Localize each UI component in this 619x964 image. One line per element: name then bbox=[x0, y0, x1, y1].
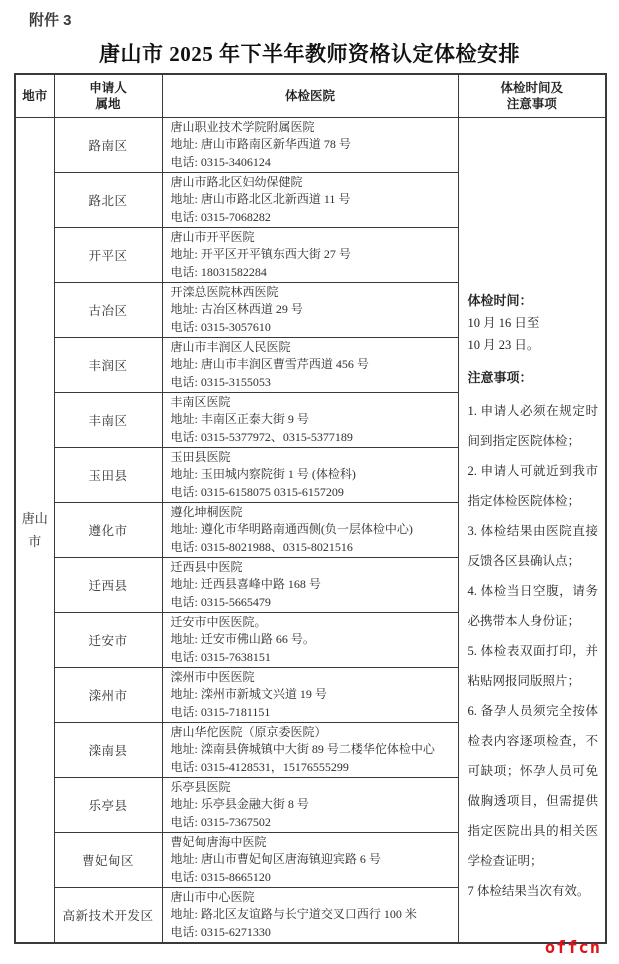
district-cell: 丰南区 bbox=[54, 393, 162, 448]
notes-cell: 体检时间： 10 月 16 日至 10 月 23 日。 注意事项： 1. 申请人… bbox=[458, 118, 606, 944]
header-applicant-area: 申请人 属地 bbox=[54, 74, 162, 118]
header-time-notes: 体检时间及 注意事项 bbox=[458, 74, 606, 118]
note-item: 7 体检结果当次有效。 bbox=[468, 876, 599, 906]
hospital-cell: 唐山市路北区妇幼保健院 地址: 唐山市路北区北新西道 11 号 电话: 0315… bbox=[162, 173, 458, 228]
hospital-rows: 唐山市路南区 唐山职业技术学院附属医院 地址: 唐山市路南区新华西道 78 号 … bbox=[15, 118, 606, 944]
hospital-address: 地址: 唐山市丰润区曹雪芹西道 456 号 bbox=[163, 356, 458, 374]
hospital-cell: 乐亭县医院 地址: 乐亭县金融大街 8 号 电话: 0315-7367502 bbox=[162, 778, 458, 833]
district-cell: 迁安市 bbox=[54, 613, 162, 668]
hospital-phone: 电话: 0315-7367502 bbox=[163, 814, 458, 832]
note-item: 1. 申请人必须在规定时间到指定医院体检； bbox=[468, 396, 599, 456]
attachment-label: 附件 3 bbox=[29, 9, 72, 30]
hospital-address: 地址: 唐山市路南区新华西道 78 号 bbox=[163, 136, 458, 154]
hospital-address: 地址: 滦南县倴城镇中大街 89 号二楼华佗体检中心 bbox=[163, 741, 458, 759]
district-cell: 乐亭县 bbox=[54, 778, 162, 833]
hospital-cell: 唐山职业技术学院附属医院 地址: 唐山市路南区新华西道 78 号 电话: 031… bbox=[162, 118, 458, 173]
hospital-name: 唐山职业技术学院附属医院 bbox=[163, 119, 458, 137]
district-cell: 开平区 bbox=[54, 228, 162, 283]
hospital-address: 地址: 唐山市路北区北新西道 11 号 bbox=[163, 191, 458, 209]
hospital-cell: 开滦总医院林西医院 地址: 古冶区林西道 29 号 电话: 0315-30576… bbox=[162, 283, 458, 338]
hospital-name: 开滦总医院林西医院 bbox=[163, 284, 458, 302]
hospital-phone: 电话: 0315-8021988、0315-8021516 bbox=[163, 539, 458, 557]
hospital-address: 地址: 丰南区正泰大街 9 号 bbox=[163, 411, 458, 429]
hospital-name: 唐山市中心医院 bbox=[163, 889, 458, 907]
document-page: 附件 3 唐山市 2025 年下半年教师资格认定体检安排 地市 申请人 属地 体… bbox=[0, 0, 619, 964]
notes-content: 体检时间： 10 月 16 日至 10 月 23 日。 注意事项： 1. 申请人… bbox=[459, 154, 606, 906]
hospital-name: 滦州市中医医院 bbox=[163, 669, 458, 687]
city-cell: 唐山市 bbox=[15, 118, 54, 944]
hospital-name: 唐山市开平医院 bbox=[163, 229, 458, 247]
hospital-cell: 唐山华佗医院（原京委医院） 地址: 滦南县倴城镇中大街 89 号二楼华佗体检中心… bbox=[162, 723, 458, 778]
district-cell: 遵化市 bbox=[54, 503, 162, 558]
district-cell: 高新技术开发区 bbox=[54, 888, 162, 944]
hospital-name: 迁安市中医医院。 bbox=[163, 614, 458, 632]
hospital-name: 唐山华佗医院（原京委医院） bbox=[163, 724, 458, 742]
district-cell: 玉田县 bbox=[54, 448, 162, 503]
hospital-address: 地址: 滦州市新城文兴道 19 号 bbox=[163, 686, 458, 704]
hospital-name: 唐山市丰润区人民医院 bbox=[163, 339, 458, 357]
hospital-cell: 唐山市开平医院 地址: 开平区开平镇东西大街 27 号 电话: 18031582… bbox=[162, 228, 458, 283]
exam-time-line: 10 月 16 日至 bbox=[468, 312, 599, 334]
hospital-cell: 滦州市中医医院 地址: 滦州市新城文兴道 19 号 电话: 0315-71811… bbox=[162, 668, 458, 723]
hospital-address: 地址: 古冶区林西道 29 号 bbox=[163, 301, 458, 319]
hospital-name: 丰南区医院 bbox=[163, 394, 458, 412]
hospital-phone: 电话: 0315-3057610 bbox=[163, 319, 458, 337]
table-header-row: 地市 申请人 属地 体检医院 体检时间及 注意事项 bbox=[15, 74, 606, 118]
exam-time-line: 10 月 23 日。 bbox=[468, 334, 599, 356]
hospital-name: 玉田县医院 bbox=[163, 449, 458, 467]
district-cell: 曹妃甸区 bbox=[54, 833, 162, 888]
hospital-cell: 遵化坤桐医院 地址: 遵化市华明路南通西侧(负一层体检中心) 电话: 0315-… bbox=[162, 503, 458, 558]
district-cell: 路南区 bbox=[54, 118, 162, 173]
hospital-address: 地址: 遵化市华明路南通西侧(负一层体检中心) bbox=[163, 521, 458, 539]
hospital-phone: 电话: 18031582284 bbox=[163, 264, 458, 282]
hospital-phone: 电话: 0315-7068282 bbox=[163, 209, 458, 227]
district-cell: 迁西县 bbox=[54, 558, 162, 613]
hospital-phone: 电话: 0315-6271330 bbox=[163, 924, 458, 942]
hospital-cell: 唐山市丰润区人民医院 地址: 唐山市丰润区曹雪芹西道 456 号 电话: 031… bbox=[162, 338, 458, 393]
hospital-address: 地址: 迁西县喜峰中路 168 号 bbox=[163, 576, 458, 594]
page-title: 唐山市 2025 年下半年教师资格认定体检安排 bbox=[0, 38, 619, 68]
exam-schedule-table: 地市 申请人 属地 体检医院 体检时间及 注意事项 唐山市路南区 唐山职业技术学… bbox=[14, 73, 607, 944]
hospital-address: 地址: 路北区友谊路与长宁道交叉口西行 100 米 bbox=[163, 906, 458, 924]
hospital-phone: 电话: 0315-5665479 bbox=[163, 594, 458, 612]
note-item: 4. 体检当日空腹，请务必携带本人身份证； bbox=[468, 576, 599, 636]
hospital-phone: 电话: 0315-7638151 bbox=[163, 649, 458, 667]
district-cell: 滦州市 bbox=[54, 668, 162, 723]
offcn-logo: offcn bbox=[545, 938, 601, 958]
header-hospital: 体检医院 bbox=[162, 74, 458, 118]
district-cell: 路北区 bbox=[54, 173, 162, 228]
hospital-name: 迁西县中医院 bbox=[163, 559, 458, 577]
hospital-phone: 电话: 0315-8665120 bbox=[163, 869, 458, 887]
exam-time-title: 体检时间： bbox=[468, 290, 599, 312]
hospital-phone: 电话: 0315-4128531，15176555299 bbox=[163, 759, 458, 777]
hospital-cell: 玉田县医院 地址: 玉田城内察院街 1 号 (体检科) 电话: 0315-615… bbox=[162, 448, 458, 503]
table-row: 唐山市路南区 唐山职业技术学院附属医院 地址: 唐山市路南区新华西道 78 号 … bbox=[15, 118, 606, 173]
hospital-phone: 电话: 0315-5377972、0315-5377189 bbox=[163, 429, 458, 447]
district-cell: 古冶区 bbox=[54, 283, 162, 338]
hospital-phone: 电话: 0315-3155053 bbox=[163, 374, 458, 392]
hospital-address: 地址: 开平区开平镇东西大街 27 号 bbox=[163, 246, 458, 264]
note-item: 6. 备孕人员须完全按体检表内容逐项检查，不可缺项；怀孕人员可免做胸透项目，但需… bbox=[468, 696, 599, 876]
hospital-name: 唐山市路北区妇幼保健院 bbox=[163, 174, 458, 192]
header-city: 地市 bbox=[15, 74, 54, 118]
hospital-address: 地址: 乐亭县金融大街 8 号 bbox=[163, 796, 458, 814]
district-cell: 滦南县 bbox=[54, 723, 162, 778]
hospital-name: 乐亭县医院 bbox=[163, 779, 458, 797]
note-item: 2. 申请人可就近到我市指定体检医院体检； bbox=[468, 456, 599, 516]
notes-title: 注意事项： bbox=[468, 367, 599, 389]
hospital-phone: 电话: 0315-6158075 0315-6157209 bbox=[163, 484, 458, 502]
district-cell: 丰润区 bbox=[54, 338, 162, 393]
note-item: 5. 体检表双面打印，并粘贴网报同版照片； bbox=[468, 636, 599, 696]
hospital-name: 曹妃甸唐海中医院 bbox=[163, 834, 458, 852]
hospital-address: 地址: 唐山市曹妃甸区唐海镇迎宾路 6 号 bbox=[163, 851, 458, 869]
hospital-name: 遵化坤桐医院 bbox=[163, 504, 458, 522]
hospital-phone: 电话: 0315-7181151 bbox=[163, 704, 458, 722]
hospital-cell: 曹妃甸唐海中医院 地址: 唐山市曹妃甸区唐海镇迎宾路 6 号 电话: 0315-… bbox=[162, 833, 458, 888]
hospital-address: 地址: 玉田城内察院街 1 号 (体检科) bbox=[163, 466, 458, 484]
hospital-cell: 唐山市中心医院 地址: 路北区友谊路与长宁道交叉口西行 100 米 电话: 03… bbox=[162, 888, 458, 944]
hospital-cell: 迁安市中医医院。 地址: 迁安市佛山路 66 号。 电话: 0315-76381… bbox=[162, 613, 458, 668]
hospital-cell: 丰南区医院 地址: 丰南区正泰大街 9 号 电话: 0315-5377972、0… bbox=[162, 393, 458, 448]
hospital-cell: 迁西县中医院 地址: 迁西县喜峰中路 168 号 电话: 0315-566547… bbox=[162, 558, 458, 613]
hospital-phone: 电话: 0315-3406124 bbox=[163, 154, 458, 172]
note-item: 3. 体检结果由医院直接反馈各区县确认点； bbox=[468, 516, 599, 576]
hospital-address: 地址: 迁安市佛山路 66 号。 bbox=[163, 631, 458, 649]
